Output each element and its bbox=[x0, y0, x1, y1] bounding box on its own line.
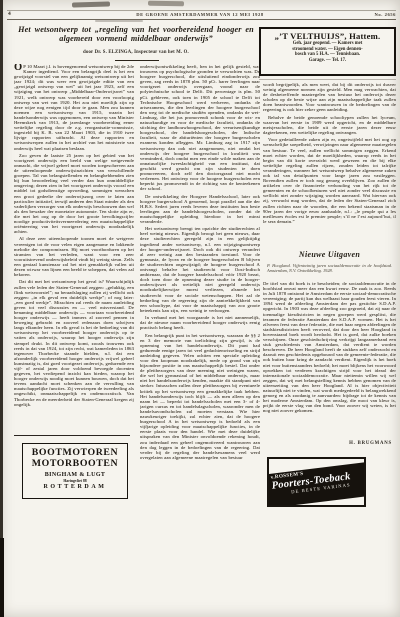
header-rule-bottom bbox=[7, 19, 396, 20]
paragraph: onderwijsontwikkeling heeft, hen in het … bbox=[140, 64, 260, 191]
paragraph: Voor gedetailleerde zaken zijn er, onget… bbox=[263, 137, 396, 224]
scan-smudge bbox=[72, 2, 110, 7]
paragraph: Zoo geven de laatste 25 jaren op het geb… bbox=[14, 153, 134, 235]
ad-rossem-banner: v.ROSSEM'S Poorters-Toeback DE BESTE VAR… bbox=[267, 461, 366, 507]
ad-bootmotoren-line2: MOTORBOOTEN bbox=[23, 459, 127, 470]
paragraph: In verband met het voorgaande is het nie… bbox=[140, 315, 260, 330]
ad-velthuijs-title: „’T VELTHUIJS”, Hattem. bbox=[261, 31, 394, 41]
article-column-1: OP 10 Maart j.l. is bovengenoemd wetsont… bbox=[14, 64, 134, 426]
drop-cap: O bbox=[14, 64, 23, 73]
paragraph: Behalve de beide genoemde schooltypen zu… bbox=[263, 115, 396, 135]
paragraph: wordt begrijpelijk, als men weet, dat bi… bbox=[263, 82, 396, 113]
masthead: DE GROENE AMSTERDAMMER VAN 12 MEI 1928 bbox=[70, 12, 330, 17]
section-heading-nieuwe-uitgaven: Nieuwe Uitgaven bbox=[263, 250, 396, 259]
ad-bootmotoren-line1: BOOTMOTOREN bbox=[23, 448, 127, 459]
review-body: De titel van dit boek is te bescheiden; … bbox=[263, 281, 396, 440]
paragraph: OP 10 Maart j.l. is bovengenoemd wetsont… bbox=[14, 64, 134, 151]
header-rule-top bbox=[7, 10, 396, 11]
newspaper-page: 4 DE GROENE AMSTERDAMMER VAN 12 MEI 1928… bbox=[0, 0, 400, 617]
paragraph: Dat dit met het wetsontwerp het geval is… bbox=[14, 279, 134, 406]
review-signature: H. BRUGMANS bbox=[263, 441, 392, 446]
article-headline: Het wetsontwerp tot „regeling van het vo… bbox=[12, 25, 260, 44]
ad-velthuijs-underline bbox=[259, 79, 396, 80]
article-byline: door Dr. S. ELZINGA, Inspecteur van het … bbox=[12, 50, 260, 55]
paragraph: De ontwikkeling der Hoogere Handelsschoo… bbox=[140, 194, 260, 225]
paragraph: De titel van dit boek is te bescheiden; … bbox=[263, 281, 396, 413]
scan-edge-left bbox=[0, 0, 3, 617]
scan-smudge bbox=[148, 1, 184, 7]
ad-rossem: v.ROSSEM'S Poorters-Toeback DE BESTE VAR… bbox=[267, 457, 366, 507]
page-number: 4 bbox=[8, 11, 11, 17]
review-citation: P. Hoogland. Vijfentwintig jaren sociaal… bbox=[267, 263, 392, 273]
paragraph: Een belangrijk punt in het wetsontwerp, … bbox=[140, 333, 260, 460]
paragraph: Het wetsontwerp brengt ten opzichte der … bbox=[140, 226, 260, 313]
byline-divider bbox=[115, 60, 159, 62]
issue-number: No. 2656 bbox=[340, 12, 396, 17]
article-column-2: onderwijsontwikkeling heeft, hen in het … bbox=[140, 64, 260, 502]
paragraph: Al deze zeer uiteenloopende toonen moet … bbox=[14, 236, 134, 277]
article-column-3: wordt begrijpelijk, als men weet, dat bi… bbox=[263, 82, 396, 245]
scan-edge-left-bottom bbox=[0, 538, 4, 617]
ad-velthuijs-line: Garage. — Tel. 17. bbox=[261, 58, 394, 64]
ad-bootmotoren-rule bbox=[14, 435, 130, 436]
ad-velthuijs: „’T VELTHUIJS”, Hattem. Geh. jaar geopen… bbox=[259, 27, 396, 76]
ad-bootmotoren: BOOTMOTOREN MOTORBOOTEN BINGHAM & LUGT H… bbox=[22, 443, 128, 499]
ad-bootmotoren-city: ROTTERDAM bbox=[23, 484, 127, 490]
ad-bootmotoren-company: BINGHAM & LUGT bbox=[23, 472, 127, 478]
ad-bootmotoren-address: Haringvliet 88 bbox=[23, 479, 127, 483]
scan-smudge bbox=[95, 20, 143, 22]
